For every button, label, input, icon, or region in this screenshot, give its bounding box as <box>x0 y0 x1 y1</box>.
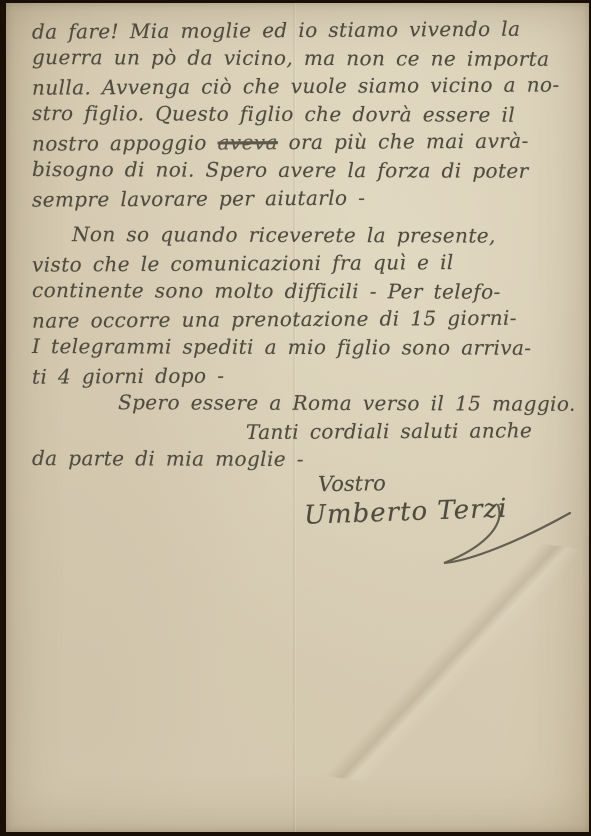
letter-line: da fare! Mia moglie ed io stiamo vivendo… <box>32 14 579 45</box>
letter-line: bisogno di noi. Spero avere la forza di … <box>32 155 579 185</box>
line-text: bisogno di noi. Spero avere la forza di … <box>32 157 529 183</box>
line-text: guerra un pò da vicino, ma non ce ne imp… <box>32 45 550 71</box>
letter-body: da fare! Mia moglie ed io stiamo vivendo… <box>32 16 579 473</box>
letter-line: Tanti cordiali saluti anche <box>246 416 579 446</box>
letter-line: Spero essere a Roma verso il 15 maggio. <box>118 388 579 418</box>
struck-word: aveva <box>217 130 277 154</box>
line-text: ti 4 giorni dopo - <box>32 363 224 388</box>
line-text: nare occorre una prenotazione di 15 gior… <box>32 306 517 333</box>
line-text: Spero essere a Roma verso il 15 maggio. <box>118 390 576 416</box>
line-text: nostro appoggio <box>32 131 218 156</box>
line-text: da fare! Mia moglie ed io stiamo vivendo… <box>32 17 521 44</box>
line-text: da parte di mia moglie - <box>32 446 304 471</box>
line-text: nulla. Avvenga ciò che vuole siamo vicin… <box>32 72 560 99</box>
fold-crease-diagonal <box>253 508 591 816</box>
letter-line: nare occorre una prenotazione di 15 gior… <box>32 303 579 334</box>
letter-line: continente sono molto difficili - Per te… <box>32 276 579 306</box>
letter-line: I telegrammi spediti a mio figlio sono a… <box>32 332 579 362</box>
line-text: sempre lavorare per aiutarlo - <box>32 186 365 212</box>
letter-line: visto che le comunicazioni fra quì e il <box>32 247 579 278</box>
closing-block: Vostro Umberto Terzi <box>32 469 579 527</box>
line-text: I telegrammi spediti a mio figlio sono a… <box>32 334 532 360</box>
photo-background: da fare! Mia moglie ed io stiamo vivendo… <box>0 0 591 836</box>
letter-line: guerra un pò da vicino, ma non ce ne imp… <box>32 43 579 73</box>
line-text: Non so quando riceverete la presente, <box>72 222 496 247</box>
line-text: continente sono molto difficili - Per te… <box>32 278 501 304</box>
line-text: Tanti cordiali saluti anche <box>246 418 532 444</box>
line-text: visto che le comunicazioni fra quì e il <box>32 250 454 277</box>
letter-line: Non so quando riceverete la presente, <box>72 220 579 250</box>
letter-line: nulla. Avvenga ciò che vuole siamo vicin… <box>32 70 579 101</box>
line-text: stro figlio. Questo figlio che dovrà ess… <box>32 101 515 127</box>
letter-line: ti 4 giorni dopo - <box>32 359 579 390</box>
line-text: ora più che mai avrà- <box>278 129 529 155</box>
letter-line: nostro appoggio aveva ora più che mai av… <box>32 126 579 157</box>
letter-line: stro figlio. Questo figlio che dovrà ess… <box>32 99 579 129</box>
letter-page: da fare! Mia moglie ed io stiamo vivendo… <box>6 3 589 832</box>
letter-line: sempre lavorare per aiutarlo - <box>32 182 579 213</box>
